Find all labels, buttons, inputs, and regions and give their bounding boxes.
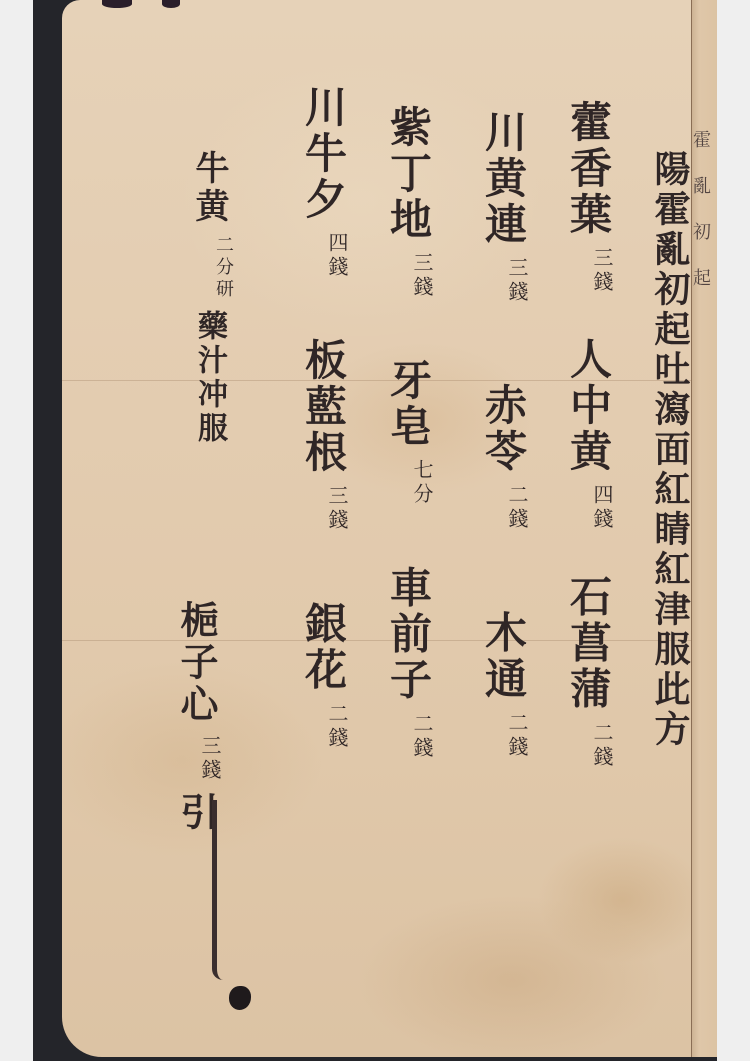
herb-name: 牙皂 <box>384 358 433 450</box>
herb-name: 梔子心 <box>174 600 219 726</box>
herb-dose: 四錢 <box>325 232 349 280</box>
herb-name: 板藍根 <box>299 338 348 476</box>
manuscript-scan: 陽霍亂初起吐瀉面紅睛紅津服此方 藿香葉 三錢 人中黄 四錢 石菖蒲 二錢 川黄連… <box>33 0 717 1061</box>
instruction-text: 藥汁冲服 <box>192 310 227 446</box>
herb-name: 銀花 <box>299 602 348 694</box>
herb-dose: 二錢 <box>590 722 614 770</box>
herb-name: 人中黄 <box>564 337 613 475</box>
column-heading: 陽霍亂初起吐瀉面紅睛紅津服此方 <box>652 150 688 750</box>
adjacent-page-text: 霍亂初起 <box>687 130 713 314</box>
herb-dose: 三錢 <box>590 247 614 295</box>
herb-dose: 三錢 <box>505 257 529 305</box>
herb-dose: 二錢 <box>505 712 529 760</box>
herb-name: 木通 <box>479 611 528 703</box>
herb-name: 川牛夕 <box>299 85 348 223</box>
manuscript-page: 陽霍亂初起吐瀉面紅睛紅津服此方 藿香葉 三錢 人中黄 四錢 石菖蒲 二錢 川黄連… <box>62 0 717 1057</box>
herb-dose: 二分研 <box>213 235 234 301</box>
adjacent-page-edge: 霍亂初起 <box>691 0 717 1057</box>
herb-name: 車前子 <box>384 566 433 704</box>
herb-name: 赤苓 <box>479 383 528 475</box>
column-3: 川黄連 三錢 赤苓 二錢 木通 二錢 <box>482 110 524 760</box>
prescription-text: 陽霍亂初起吐瀉面紅睛紅津服此方 藿香葉 三錢 人中黄 四錢 石菖蒲 二錢 川黄連… <box>62 0 717 1057</box>
herb-name: 牛黄 <box>189 150 229 226</box>
heading-text: 陽霍亂初起吐瀉面紅睛紅津服此方 <box>649 150 691 750</box>
herb-dose: 七分 <box>410 459 434 507</box>
herb-name: 紫丁地 <box>384 105 433 243</box>
herb-dose: 三錢 <box>198 735 222 783</box>
column-7: 梔子心 三錢 引 <box>177 600 215 834</box>
herb-name: 川黄連 <box>479 110 528 248</box>
herb-dose: 二錢 <box>505 484 529 532</box>
herb-dose: 二錢 <box>410 713 434 761</box>
herb-dose: 四錢 <box>590 484 614 532</box>
brush-tail-stroke <box>212 800 223 980</box>
herb-name: 藿香葉 <box>564 100 613 238</box>
column-5: 川牛夕 四錢 板藍根 三錢 銀花 二錢 <box>302 85 344 751</box>
herb-dose: 三錢 <box>410 252 434 300</box>
herb-name: 石菖蒲 <box>564 575 613 713</box>
herb-dose: 三錢 <box>325 485 349 533</box>
column-6: 牛黄 二分研 藥汁冲服 <box>192 150 226 446</box>
column-4: 紫丁地 三錢 牙皂 七分 車前子 二錢 <box>387 105 429 761</box>
herb-dose: 二錢 <box>325 703 349 751</box>
column-2: 藿香葉 三錢 人中黄 四錢 石菖蒲 二錢 <box>567 100 609 770</box>
